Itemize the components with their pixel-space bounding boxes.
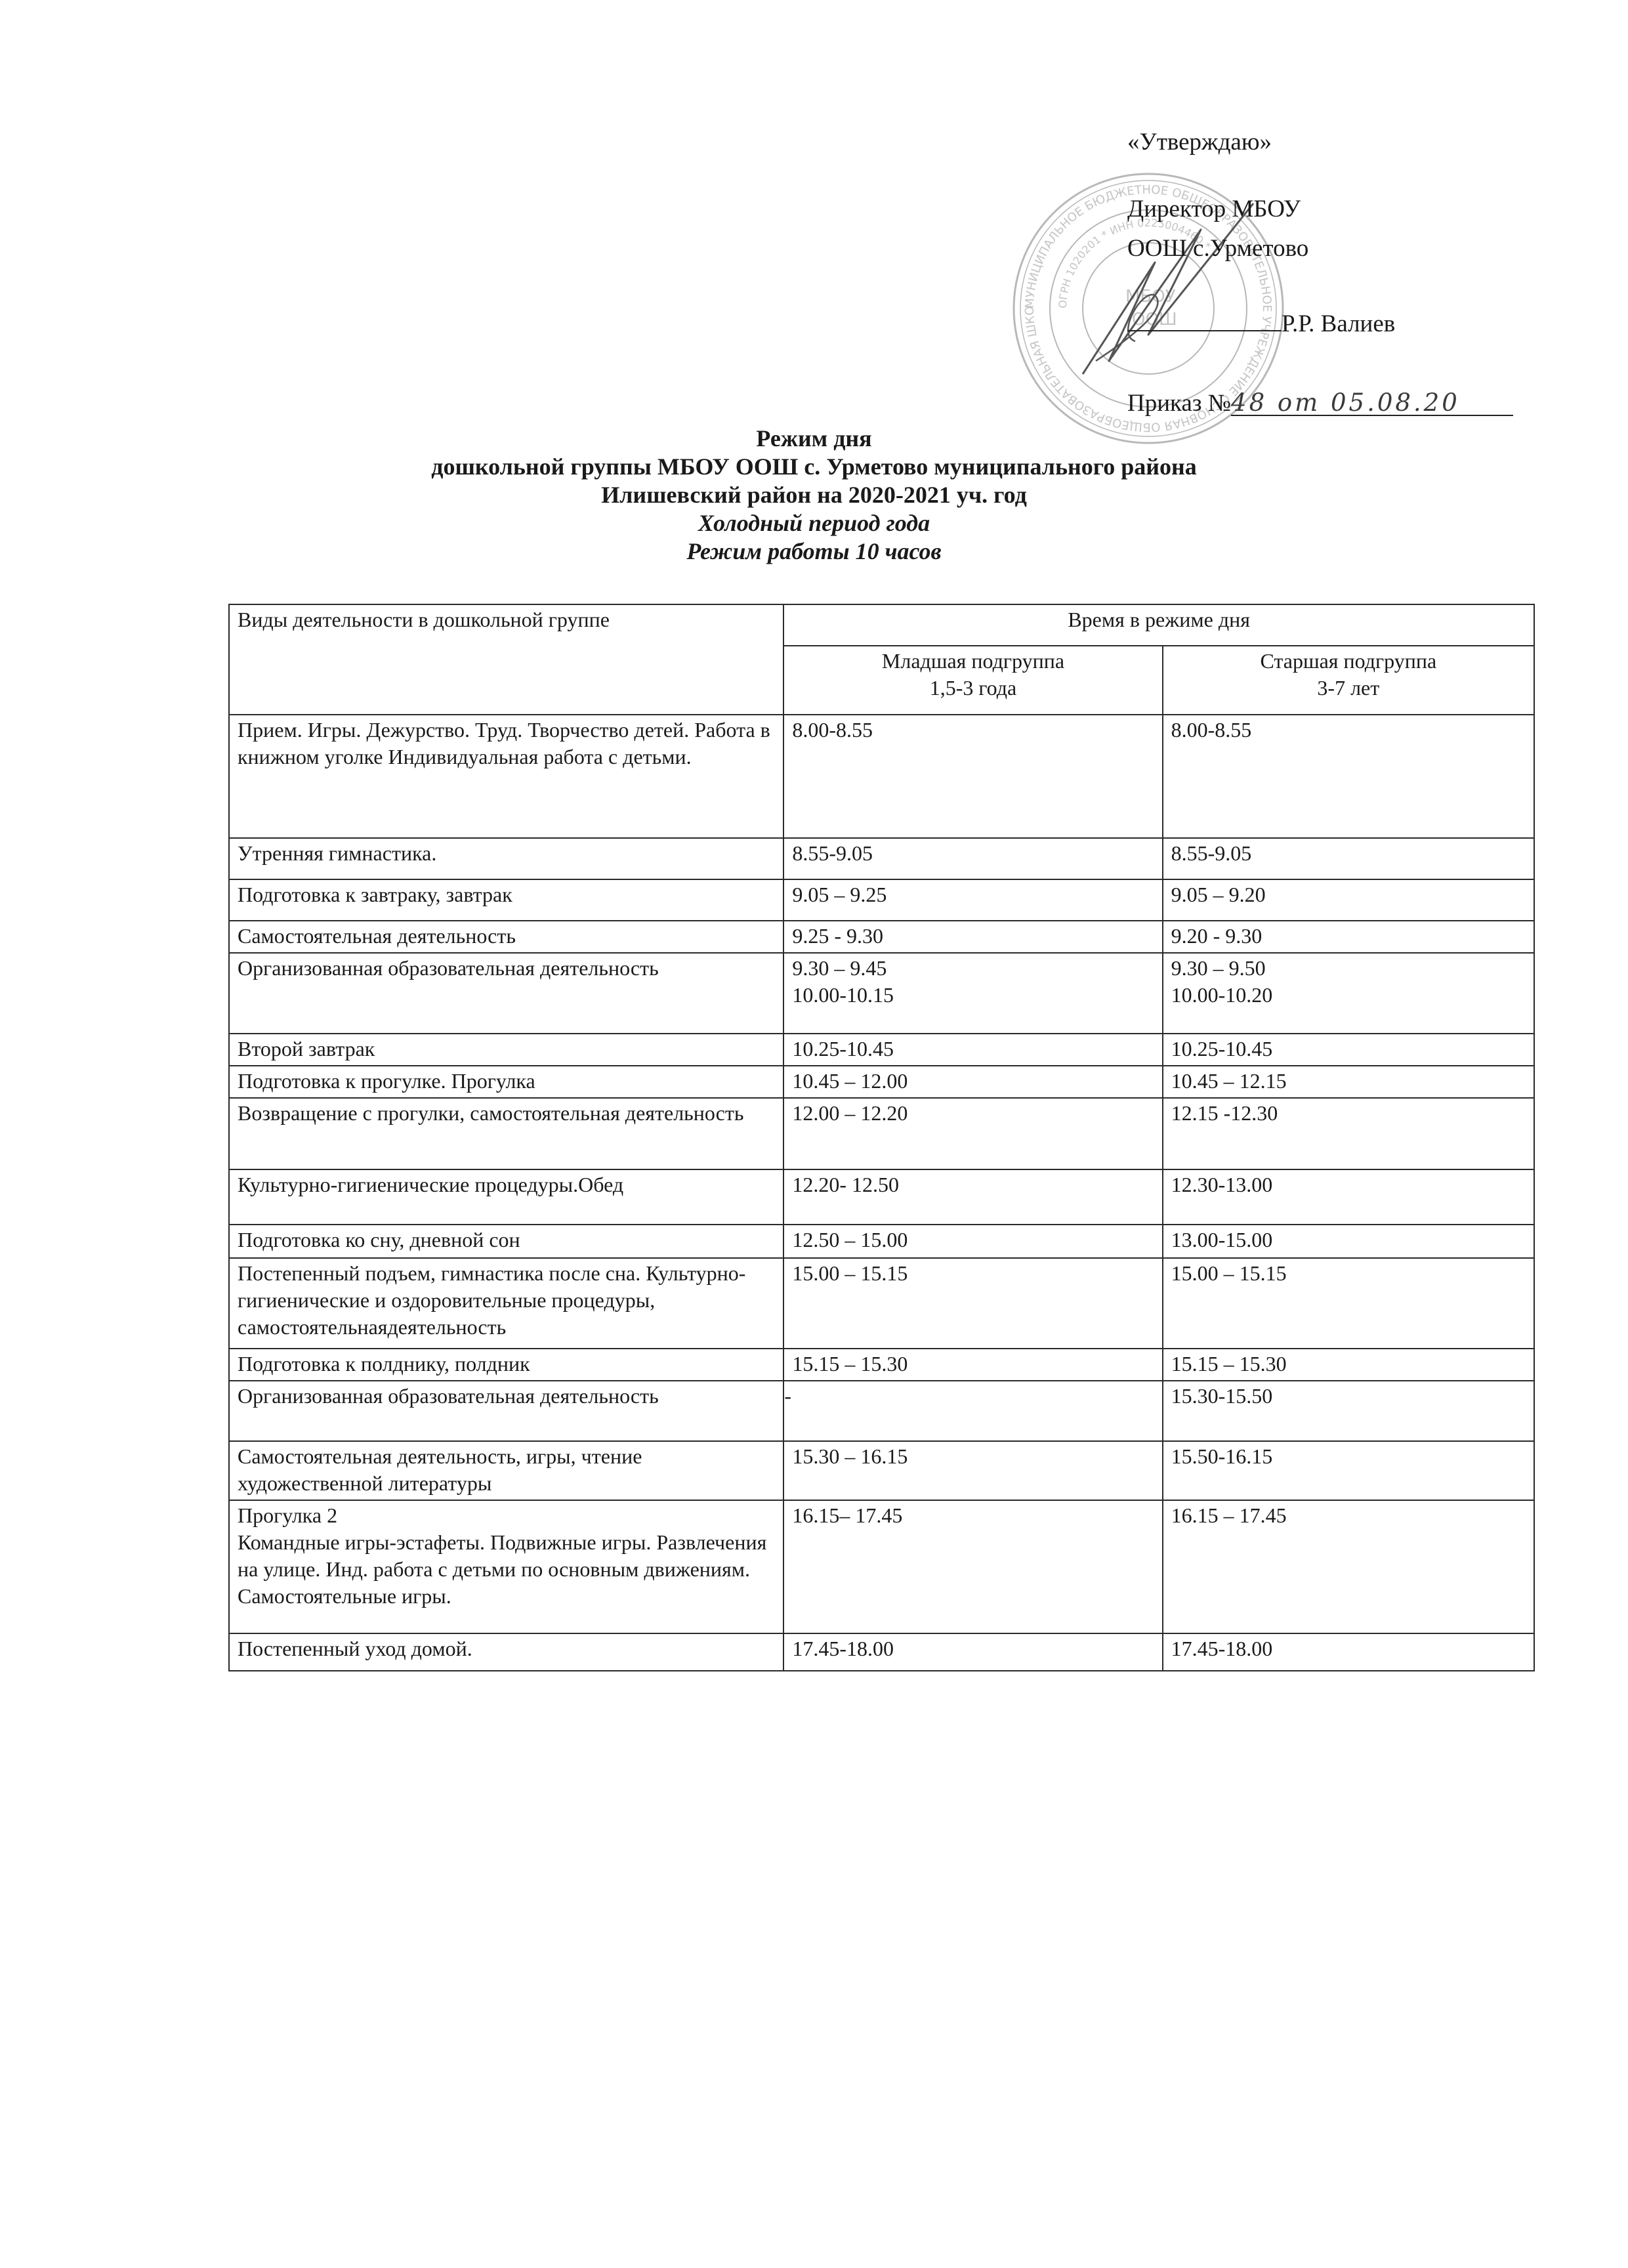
approval-position-line2: ООШ с.Урметово — [1127, 236, 1308, 261]
table-row: Второй завтрак10.25-10.4510.25-10.45 — [229, 1034, 1534, 1066]
table-row: Прогулка 2 Командные игры-эстафеты. Подв… — [229, 1500, 1534, 1633]
activity-cell: Второй завтрак — [229, 1034, 783, 1066]
doc-subtitle-line1: дошкольной группы МБОУ ООШ с. Урметово м… — [0, 455, 1628, 478]
header-time-group: Время в режиме дня — [783, 604, 1534, 646]
senior-time-value: 10.45 – 12.15 — [1171, 1068, 1526, 1095]
senior-time-cell: 15.15 – 15.30 — [1163, 1349, 1534, 1381]
approval-heading: «Утверждаю» — [1127, 130, 1272, 154]
approval-signature-row: Р.Р. Валиев — [1127, 312, 1395, 336]
senior-time-value: 8.00-8.55 — [1171, 717, 1526, 744]
junior-time-value: 12.50 – 15.00 — [792, 1227, 1154, 1253]
activity-cell: Возвращение с прогулки, самостоятельная … — [229, 1098, 783, 1169]
senior-time-value: 9.20 - 9.30 — [1171, 923, 1526, 950]
junior-time-cell: 15.30 – 16.15 — [783, 1441, 1162, 1500]
activity-cell: Подготовка к завтраку, завтрак — [229, 879, 783, 921]
junior-time-cell: 9.25 - 9.30 — [783, 921, 1162, 953]
table-row: Подготовка к прогулке. Прогулка10.45 – 1… — [229, 1066, 1534, 1098]
svg-text:ОГРН 1020201 * ИНН 0225004460: ОГРН 1020201 * ИНН 0225004460 * — [1056, 217, 1213, 308]
table-row: Подготовка к завтраку, завтрак9.05 – 9.2… — [229, 879, 1534, 921]
junior-time-value: 16.15– 17.45 — [792, 1502, 1154, 1529]
junior-time-cell: 9.05 – 9.25 — [783, 879, 1162, 921]
activity-cell: Подготовка ко сну, дневной сон — [229, 1225, 783, 1258]
junior-time-cell: 15.15 – 15.30 — [783, 1349, 1162, 1381]
senior-time-cell: 12.30-13.00 — [1163, 1169, 1534, 1225]
senior-time-value: 10.00-10.20 — [1171, 982, 1526, 1009]
table-row: Организованная образовательная деятельно… — [229, 1381, 1534, 1441]
junior-time-value: 15.30 – 16.15 — [792, 1443, 1154, 1470]
junior-time-cell: 10.45 – 12.00 — [783, 1066, 1162, 1098]
junior-time-cell: - — [783, 1381, 1162, 1441]
activity-cell: Утренняя гимнастика. — [229, 838, 783, 879]
senior-time-cell: 15.00 – 15.15 — [1163, 1258, 1534, 1349]
order-handwritten-value: 48 от 05.08.20 — [1231, 390, 1513, 416]
senior-time-cell: 9.20 - 9.30 — [1163, 921, 1534, 953]
table-row: Утренняя гимнастика.8.55-9.058.55-9.05 — [229, 838, 1534, 879]
table-row: Культурно-гигиенические процедуры.Обед12… — [229, 1169, 1534, 1225]
junior-time-value: 10.25-10.45 — [792, 1036, 1154, 1062]
junior-time-cell: 15.00 – 15.15 — [783, 1258, 1162, 1349]
senior-time-cell: 8.00-8.55 — [1163, 715, 1534, 838]
junior-time-value: - — [784, 1383, 1154, 1410]
table-row: Прием. Игры. Дежурство. Труд. Творчество… — [229, 715, 1534, 838]
activity-cell: Организованная образовательная деятельно… — [229, 953, 783, 1034]
signature-line — [1127, 330, 1282, 331]
senior-time-cell: 13.00-15.00 — [1163, 1225, 1534, 1258]
junior-time-value: 9.30 – 9.45 — [792, 955, 1154, 982]
header-junior-age: 1,5-3 года — [792, 675, 1154, 702]
senior-time-value: 15.15 – 15.30 — [1171, 1351, 1526, 1377]
activity-cell: Культурно-гигиенические процедуры.Обед — [229, 1169, 783, 1225]
signatory-name: Р.Р. Валиев — [1282, 310, 1395, 337]
senior-time-cell: 12.15 -12.30 — [1163, 1098, 1534, 1169]
junior-time-value: 15.00 – 15.15 — [792, 1260, 1154, 1287]
senior-time-cell: 10.25-10.45 — [1163, 1034, 1534, 1066]
svg-text:МБОУ: МБОУ — [1125, 287, 1176, 306]
junior-time-cell: 9.30 – 9.4510.00-10.15 — [783, 953, 1162, 1034]
senior-time-value: 9.05 – 9.20 — [1171, 881, 1526, 908]
senior-time-cell: 17.45-18.00 — [1163, 1633, 1534, 1671]
senior-time-cell: 9.05 – 9.20 — [1163, 879, 1534, 921]
senior-time-value: 8.55-9.05 — [1171, 840, 1526, 867]
doc-subtitle-line2: Илишевский район на 2020-2021 уч. год — [0, 483, 1628, 507]
work-mode-label: Режим работы 10 часов — [0, 539, 1628, 563]
header-activity: Виды деятельности в дошкольной группе — [229, 604, 783, 715]
junior-time-value: 10.00-10.15 — [792, 982, 1154, 1009]
junior-time-cell: 12.00 – 12.20 — [783, 1098, 1162, 1169]
table-header-row: Виды деятельности в дошкольной группе Вр… — [229, 604, 1534, 646]
junior-time-cell: 8.00-8.55 — [783, 715, 1162, 838]
table-row: Подготовка к полднику, полдник15.15 – 15… — [229, 1349, 1534, 1381]
activity-cell: Организованная образовательная деятельно… — [229, 1381, 783, 1441]
table-row: Самостоятельная деятельность9.25 - 9.309… — [229, 921, 1534, 953]
senior-time-value: 10.25-10.45 — [1171, 1036, 1526, 1062]
senior-time-cell: 15.30-15.50 — [1163, 1381, 1534, 1441]
senior-time-value: 9.30 – 9.50 — [1171, 955, 1526, 982]
senior-time-value: 15.30-15.50 — [1171, 1383, 1526, 1410]
approval-order-row: Приказ №48 от 05.08.20 — [1127, 390, 1513, 416]
junior-time-value: 8.00-8.55 — [792, 717, 1154, 744]
header-senior-age: 3-7 лет — [1171, 675, 1526, 702]
activity-cell: Подготовка к полднику, полдник — [229, 1349, 783, 1381]
table-row: Возвращение с прогулки, самостоятельная … — [229, 1098, 1534, 1169]
table-row: Постепенный уход домой.17.45-18.0017.45-… — [229, 1633, 1534, 1671]
junior-time-value: 10.45 – 12.00 — [792, 1068, 1154, 1095]
junior-time-value: 15.15 – 15.30 — [792, 1351, 1154, 1377]
header-junior: Младшая подгруппа 1,5-3 года — [783, 646, 1162, 715]
junior-time-value: 12.00 – 12.20 — [792, 1100, 1154, 1127]
senior-time-value: 16.15 – 17.45 — [1171, 1502, 1526, 1529]
senior-time-cell: 8.55-9.05 — [1163, 838, 1534, 879]
header-senior: Старшая подгруппа 3-7 лет — [1163, 646, 1534, 715]
senior-time-cell: 9.30 – 9.5010.00-10.20 — [1163, 953, 1534, 1034]
period-label: Холодный период года — [0, 511, 1628, 535]
table-row: Самостоятельная деятельность, игры, чтен… — [229, 1441, 1534, 1500]
junior-time-cell: 12.20- 12.50 — [783, 1169, 1162, 1225]
junior-time-value: 9.25 - 9.30 — [792, 923, 1154, 950]
senior-time-value: 13.00-15.00 — [1171, 1227, 1526, 1253]
header-senior-label: Старшая подгруппа — [1171, 648, 1526, 675]
activity-cell: Самостоятельная деятельность — [229, 921, 783, 953]
junior-time-cell: 12.50 – 15.00 — [783, 1225, 1162, 1258]
senior-time-value: 15.50-16.15 — [1171, 1443, 1526, 1470]
order-label: Приказ № — [1127, 390, 1231, 417]
junior-time-value: 12.20- 12.50 — [792, 1171, 1154, 1198]
junior-time-cell: 10.25-10.45 — [783, 1034, 1162, 1066]
table-row: Постепенный подъем, гимнастика после сна… — [229, 1258, 1534, 1349]
junior-time-cell: 16.15– 17.45 — [783, 1500, 1162, 1633]
junior-time-cell: 17.45-18.00 — [783, 1633, 1162, 1671]
senior-time-cell: 16.15 – 17.45 — [1163, 1500, 1534, 1633]
activity-cell: Подготовка к прогулке. Прогулка — [229, 1066, 783, 1098]
activity-cell: Постепенный уход домой. — [229, 1633, 783, 1671]
activity-cell: Самостоятельная деятельность, игры, чтен… — [229, 1441, 783, 1500]
approval-position-line1: Директор МБОУ — [1127, 197, 1301, 221]
senior-time-value: 15.00 – 15.15 — [1171, 1260, 1526, 1287]
senior-time-value: 12.15 -12.30 — [1171, 1100, 1526, 1127]
table-body: Прием. Игры. Дежурство. Труд. Творчество… — [229, 715, 1534, 1671]
table-row: Организованная образовательная деятельно… — [229, 953, 1534, 1034]
senior-time-cell: 10.45 – 12.15 — [1163, 1066, 1534, 1098]
daily-schedule-table: Виды деятельности в дошкольной группе Вр… — [228, 604, 1535, 1671]
activity-cell: Прием. Игры. Дежурство. Труд. Творчество… — [229, 715, 783, 838]
senior-time-cell: 15.50-16.15 — [1163, 1441, 1534, 1500]
junior-time-value: 8.55-9.05 — [792, 840, 1154, 867]
header-junior-label: Младшая подгруппа — [792, 648, 1154, 675]
senior-time-value: 12.30-13.00 — [1171, 1171, 1526, 1198]
table-row: Подготовка ко сну, дневной сон12.50 – 15… — [229, 1225, 1534, 1258]
doc-title: Режим дня — [0, 427, 1628, 450]
activity-cell: Прогулка 2 Командные игры-эстафеты. Подв… — [229, 1500, 783, 1633]
senior-time-value: 17.45-18.00 — [1171, 1635, 1526, 1662]
junior-time-cell: 8.55-9.05 — [783, 838, 1162, 879]
junior-time-value: 17.45-18.00 — [792, 1635, 1154, 1662]
junior-time-value: 9.05 – 9.25 — [792, 881, 1154, 908]
activity-cell: Постепенный подъем, гимнастика после сна… — [229, 1258, 783, 1349]
